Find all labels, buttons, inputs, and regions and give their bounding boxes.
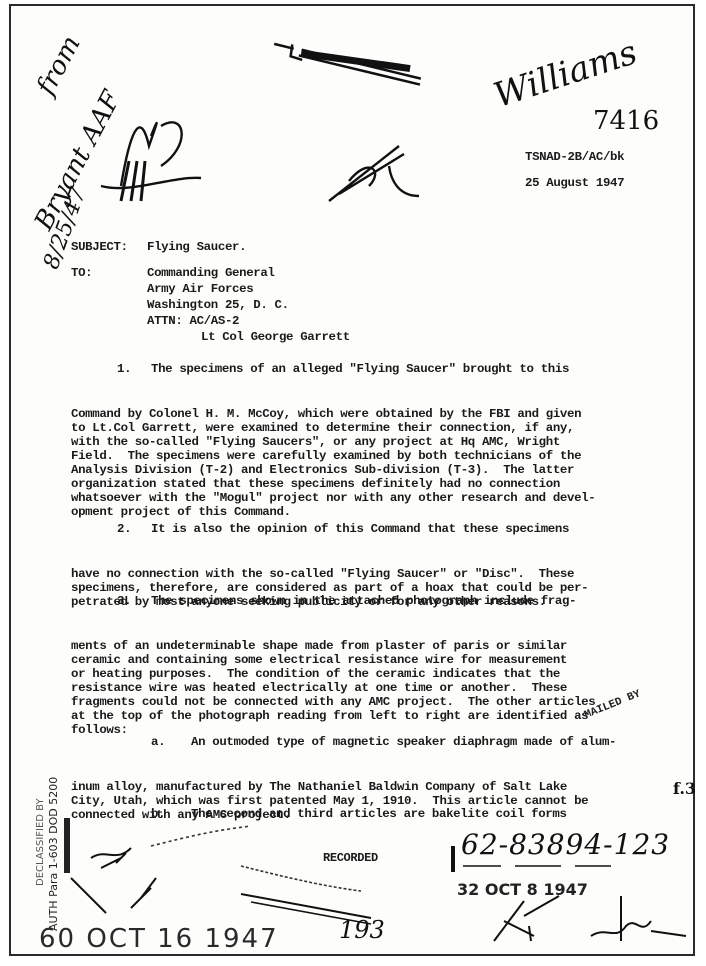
memo-date: 25 August 1947 <box>525 176 624 190</box>
subparagraph-a-body: inum alloy, manufactured by The Nathanie… <box>71 751 99 821</box>
subparagraph-b-first-line: The second and third articles are bakeli… <box>191 807 567 821</box>
bottom-right-initials-icon <box>489 896 569 946</box>
addressee-line: Washington 25, D. C. <box>147 298 289 312</box>
paragraph-1-first-line: The specimens of an alleged "Flying Sauc… <box>151 362 569 376</box>
reviewer-signature: Williams <box>489 32 642 116</box>
received-date-stamp: 60 OCT 16 1947 <box>39 924 279 954</box>
paragraph-2-body: have no connection with the so-called "F… <box>71 538 99 608</box>
recorded-stamp: RECORDED <box>323 851 378 865</box>
subparagraph-letter: a. <box>151 735 165 749</box>
addressee-line: Commanding General <box>147 266 275 280</box>
memo-page: from Bryant AAF 8/25/47 Williams 7416 TS… <box>9 4 695 956</box>
handwritten-routing-note: from <box>31 31 87 100</box>
subparagraph-a-first-line: An outmoded type of magnetic speaker dia… <box>191 735 616 749</box>
bottom-right-signature-icon <box>591 896 691 946</box>
paragraph-number: 1. <box>117 362 131 376</box>
paragraph-2-first-line: It is also the opinion of this Command t… <box>151 522 569 536</box>
addressee-line: ATTN: AC/AS-2 <box>147 314 239 328</box>
classification-stamp-redacted <box>273 38 434 78</box>
paragraph-number: 2. <box>117 522 131 536</box>
paragraph-1-body: Command by Colonel H. M. McCoy, which we… <box>71 378 99 518</box>
paragraph-3-body: ments of an undeterminable shape made fr… <box>71 610 99 736</box>
subject-text: Flying Saucer. <box>147 240 246 254</box>
to-label: TO: <box>71 266 92 280</box>
attention-name: Lt Col George Garrett <box>201 330 350 344</box>
file-number-underline-icon <box>451 846 621 876</box>
declassification-authority: AUTH Para 1-603 DOD 5200 <box>47 777 60 931</box>
subject-label: SUBJECT: <box>71 240 128 254</box>
reviewer-number: 7416 <box>593 106 659 136</box>
paragraph-3-first-line: The specimens shown in the attached phot… <box>151 594 576 608</box>
addressee-line: Army Air Forces <box>147 282 253 296</box>
center-signature-scribble-icon <box>329 136 429 206</box>
declassification-line: DECLASSIFIED BY <box>35 798 46 886</box>
initials-scribble-icon <box>91 106 201 206</box>
margin-mark: f.3 <box>673 779 696 798</box>
bottom-handwritten-mark: 193 <box>339 916 385 944</box>
routing-symbol: TSNAD-2B/AC/bk <box>525 150 624 164</box>
paragraph-number: 3. <box>117 594 131 608</box>
